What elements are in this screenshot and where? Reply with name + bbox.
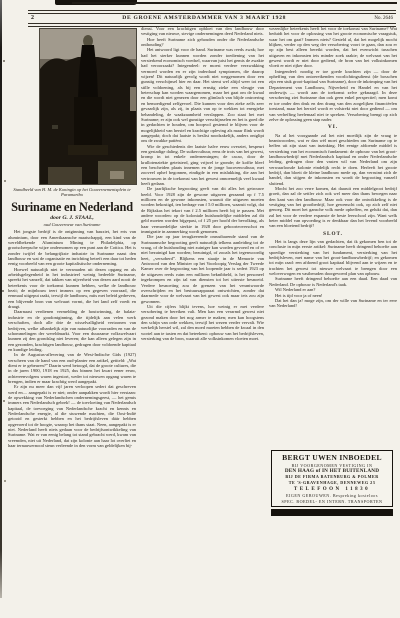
article-paragraph: Het antwoord ligt voor de hand. Suriname… (141, 47, 264, 143)
page-header: 2 DE GROENE AMSTERDAMMER VAN 3 MAART 192… (28, 10, 396, 27)
article-paragraph: In de Augustus-aflevering van de West-In… (8, 352, 136, 384)
article-paragraph: Suriname heeft dringend behoefte aan een… (269, 276, 397, 287)
article-paragraph: Uit die cijfers blijkt tevens, hoe weini… (141, 304, 264, 341)
issue-number: No. 2646 (374, 16, 393, 21)
article-paragraph: Hoe heeft Suriname zich gehouden onder d… (141, 37, 264, 48)
article-paragraph: dienst. Voor een krachtigen opbloei van … (141, 26, 264, 37)
column-right: wezenlijke beteekenis heeft het voor de … (269, 26, 397, 555)
statue-photo-illustration (40, 29, 136, 184)
photo-caption: Standbeeld van H. M. de Koningin op het … (8, 187, 136, 198)
article-paragraph: Integendeel: noodig er toe goede krachte… (269, 69, 397, 122)
article-text-column-right: wezenlijke beteekenis heeft het voor de … (269, 26, 397, 444)
article-paragraph: Die jaar op jaar terugkeerende onrustbar… (141, 234, 264, 303)
article-title: Suriname en Nederland (8, 201, 136, 214)
article-paragraph: Het jongste bedrijf is de ontginning van… (8, 229, 136, 266)
top-rule (72, 2, 397, 4)
article-paragraph: Hoewel natuurlijk niet te versmaden uit … (8, 267, 136, 310)
article-paragraph: De jaarlijksche begrooting geeft van dit… (141, 186, 264, 234)
scan-specks (3, 60, 5, 62)
article-text-column-left: Het jongste bedrijf is de ontginning van… (8, 229, 136, 555)
advertisement-batenburg-polmer: BERGT UWEN INBOEDEL BIJ VOORGENOMEN VEST… (271, 450, 393, 507)
article-paragraph: Wie de geschiedenis der laatste halve ee… (141, 144, 264, 187)
masthead-title: DE GROENE AMSTERDAMMER VAN 3 MAART 1928 (122, 15, 286, 21)
section-heading: SLOT. (269, 232, 397, 237)
ad-line: SPEC. BOEDEL- EN INTERN. TRANSPORTEN (274, 500, 390, 505)
ad-telephone: TELEFOON 11830 (274, 487, 390, 493)
newspaper-page: 2 DE GROENE AMSTERDAMMER VAN 3 MAART 192… (0, 0, 400, 618)
header-rule (28, 10, 396, 11)
columns-container: Standbeeld van H. M. de Koningin op het … (8, 26, 397, 555)
statue-photo (40, 29, 136, 184)
article-paragraph: Na al het voorgaande zal het niet moeili… (269, 133, 397, 186)
ad-bottom-bar (271, 509, 393, 516)
article-text-column-middle: dienst. Voor een krachtigen opbloei van … (141, 26, 264, 554)
section-heading: VI. (269, 125, 397, 130)
article-paragraph: wezenlijke beteekenis heeft het voor de … (269, 26, 397, 69)
article-paragraph: Het is langs deze lijn van gedachten, da… (269, 239, 397, 276)
article-byline-role: oud Gouverneur van Suriname (8, 222, 136, 227)
ad-line: EIGEN GEBOUWEN. Bespreking kosteloos (274, 494, 390, 499)
header-rule (28, 23, 396, 24)
article-byline: door G. J. STAAL, (8, 215, 136, 221)
scan-edge-artifact (0, 0, 2, 598)
page-number: 2 (31, 15, 34, 21)
article-paragraph: Mocht het zoo verre komen, dat daaruit e… (269, 186, 397, 229)
ad-headline: BERGT UWEN INBOEDEL (274, 454, 390, 463)
column-middle: dienst. Voor een krachtigen opbloei van … (141, 26, 264, 555)
column-left: Standbeeld van H. M. de Koningin op het … (8, 26, 136, 555)
article-paragraph: Er zijn nu meer dan vijf jaren verloopen… (8, 384, 136, 448)
article-paragraph: Daarnaast verdienen vermelding de houtwi… (8, 309, 136, 352)
ad-line: TE 'S-GRAVENHAGE, DENNEWEG 23 (274, 481, 390, 486)
article-paragraph: Dat het dan ja! moge zijn, om der wille … (269, 298, 397, 309)
